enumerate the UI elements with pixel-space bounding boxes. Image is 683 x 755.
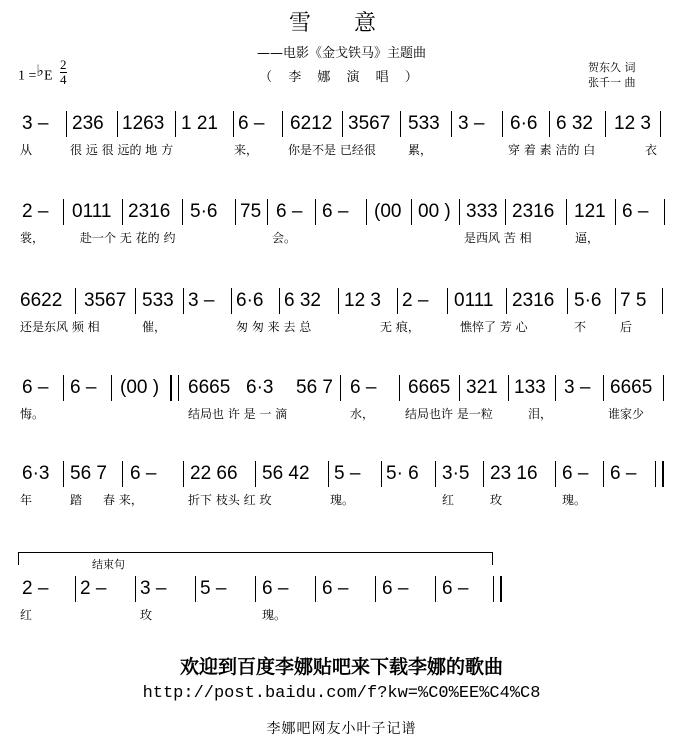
measure-notes: 6 32 <box>284 290 321 312</box>
measure-notes: 5 – <box>200 578 226 600</box>
measure-notes: 6665 <box>188 377 230 399</box>
credits: 贺东久 词 张千一 曲 <box>588 60 636 90</box>
barline <box>400 111 401 137</box>
lyric-text: 结局也 许 是 一 滴 <box>188 405 287 422</box>
lyric-text: 瑰。 <box>562 491 586 508</box>
measure-notes: 121 <box>574 201 606 223</box>
measure-notes: 6 – <box>610 463 636 485</box>
measure-notes: 6665 <box>408 377 450 399</box>
lyric-text: 穿 着 素 洁的 白 <box>508 141 595 158</box>
lyric-text: 还是东风 频 相 <box>20 318 100 335</box>
measure-notes: 6 – <box>382 578 408 600</box>
lyric-text: 赴一个 无 花的 约 <box>80 229 175 246</box>
lyric-text: 从 <box>20 141 32 158</box>
lyric-text: 玫 <box>490 491 502 508</box>
singer-line: （ 李 娜 演 唱 ） <box>0 66 683 85</box>
measure-notes: 12 3 <box>344 290 381 312</box>
barline <box>135 288 136 314</box>
barline <box>111 375 112 401</box>
barline <box>75 576 76 602</box>
key-signature: 1 =♭E 2 4 <box>18 62 67 91</box>
lyric-text: 结局也许 是一粒 <box>405 405 493 422</box>
barline <box>328 461 329 487</box>
measure-notes: 6212 <box>290 113 332 135</box>
barline <box>63 375 64 401</box>
barline <box>549 111 550 137</box>
measure-notes: 6·3 <box>22 463 49 485</box>
barline <box>375 576 376 602</box>
measure-notes: 6 – <box>22 377 48 399</box>
measure-notes: 2 – <box>402 290 428 312</box>
lyric-text: 红 <box>442 491 454 508</box>
barline <box>122 461 123 487</box>
measure-notes: 6 – <box>442 578 468 600</box>
lyric-text: 衣 <box>645 141 657 158</box>
barline <box>63 199 64 225</box>
barline <box>122 199 123 225</box>
barline <box>506 288 507 314</box>
measure-notes: 75 <box>240 201 261 223</box>
lyric-text: 来， <box>234 141 258 158</box>
barline <box>235 199 236 225</box>
barline <box>459 375 460 401</box>
measure-notes: 6 – <box>322 201 348 223</box>
barline <box>63 461 64 487</box>
measure-notes: 133 <box>514 377 546 399</box>
barline <box>483 461 484 487</box>
barline <box>459 199 460 225</box>
measure-notes: 56 7 <box>70 463 107 485</box>
footer-credit: 李娜吧网友小叶子记谱 <box>0 718 683 738</box>
measure-notes: 533 <box>142 290 174 312</box>
barline <box>135 576 136 602</box>
measure-notes: 533 <box>408 113 440 135</box>
measure-notes: (00 <box>374 201 401 223</box>
barline <box>660 111 661 137</box>
measure-notes: 6 – <box>350 377 376 399</box>
measure-notes: 00 ) <box>418 201 451 223</box>
lyric-text: 累， <box>408 141 432 158</box>
measure-notes: 6 – <box>562 463 588 485</box>
measure-notes: 5·6 <box>190 201 217 223</box>
lyric-text: 匆 匆 来 去 总 <box>236 318 311 335</box>
barline <box>435 461 436 487</box>
measure-notes: 3 – <box>188 290 214 312</box>
lyric-text: 瑰。 <box>262 606 286 623</box>
measure-notes: 6665 <box>610 377 652 399</box>
barline <box>279 288 280 314</box>
measure-notes: 6622 <box>20 290 62 312</box>
barline <box>615 288 616 314</box>
lyric-text: 水， <box>350 405 374 422</box>
barline <box>175 111 176 137</box>
barline <box>567 288 568 314</box>
barline <box>603 461 604 487</box>
lyric-text: 玫 <box>140 606 152 623</box>
barline <box>555 375 556 401</box>
barline <box>366 199 367 225</box>
measure-notes: 3·5 <box>442 463 469 485</box>
time-signature: 2 4 <box>60 58 67 87</box>
lyric-text: 红 <box>20 606 32 623</box>
barline <box>381 461 382 487</box>
measure-notes: 56 42 <box>262 463 310 485</box>
lyric-text: 逼， <box>575 229 599 246</box>
barline <box>662 288 663 314</box>
lyric-text: 是西风 苦 相 <box>464 229 532 246</box>
measure-notes: 6·6 <box>510 113 537 135</box>
measure-notes: 7 5 <box>620 290 646 312</box>
measure-notes: 3567 <box>84 290 126 312</box>
barline <box>231 288 232 314</box>
barline <box>399 375 400 401</box>
lyric-text: 会。 <box>272 229 296 246</box>
lyric-text: 裳， <box>20 229 44 246</box>
barline <box>340 375 341 401</box>
measure-notes: 2316 <box>128 201 170 223</box>
barline <box>435 576 436 602</box>
barline <box>664 199 665 225</box>
measure-notes: (00 ) <box>120 377 159 399</box>
measure-notes: 6 – <box>622 201 648 223</box>
measure-notes: 56 7 <box>296 377 333 399</box>
barline <box>451 111 452 137</box>
barline <box>508 375 509 401</box>
barline <box>397 288 398 314</box>
barline <box>117 111 118 137</box>
barline <box>605 111 606 137</box>
footer-banner: 欢迎到百度李娜贴吧来下载李娜的歌曲 <box>0 652 683 679</box>
lyric-text: 年 <box>20 491 32 508</box>
barline <box>338 288 339 314</box>
repeat-end-barline <box>655 461 664 487</box>
measure-notes: 0111 <box>72 201 111 223</box>
lyric-text: 无 痕， <box>380 318 420 335</box>
ending-bracket <box>18 552 493 565</box>
time-numerator: 2 <box>60 58 67 73</box>
flat-icon: ♭ <box>36 63 44 80</box>
lyric-text: 瑰。 <box>330 491 354 508</box>
composer: 张千一 曲 <box>588 75 636 90</box>
measure-notes: 23 16 <box>490 463 538 485</box>
lyric-text: 很 远 很 远的 地 方 <box>70 141 173 158</box>
measure-notes: 1 21 <box>181 113 218 135</box>
barline <box>195 576 196 602</box>
barline <box>505 199 506 225</box>
lyric-text: 春 来， <box>103 491 143 508</box>
final-barline <box>493 576 502 602</box>
measure-notes: 2 – <box>22 578 48 600</box>
lyric-text: 悔。 <box>20 405 44 422</box>
barline <box>183 461 184 487</box>
measure-notes: 2 – <box>22 201 48 223</box>
song-title: 雪 意 <box>0 6 683 37</box>
measure-notes: 6 – <box>262 578 288 600</box>
barline <box>411 199 412 225</box>
barline <box>233 111 234 137</box>
measure-notes: 1263 <box>122 113 164 135</box>
barline <box>182 199 183 225</box>
lyric-text: 泪， <box>528 405 552 422</box>
measure-notes: 12 3 <box>614 113 651 135</box>
ending-label: 结束句 <box>92 556 125 572</box>
measure-notes: 5·6 <box>574 290 601 312</box>
lyric-text: 谁家少 <box>608 405 644 422</box>
barline <box>315 199 316 225</box>
measure-notes: 6·3 <box>246 377 273 399</box>
key-prefix: 1 = <box>18 69 36 84</box>
measure-notes: 3 – <box>458 113 484 135</box>
lyric-text: 你是不是 已经很 <box>288 141 376 158</box>
measure-notes: 3 – <box>22 113 48 135</box>
measure-notes: 2316 <box>512 201 554 223</box>
lyric-text: 催， <box>142 318 166 335</box>
barline <box>603 375 604 401</box>
measure-notes: 0111 <box>454 290 493 312</box>
measure-notes: 6 – <box>70 377 96 399</box>
measure-notes: 3 – <box>140 578 166 600</box>
measure-notes: 236 <box>72 113 104 135</box>
barline <box>255 461 256 487</box>
measure-notes: 2 – <box>80 578 106 600</box>
measure-notes: 321 <box>466 377 498 399</box>
barline <box>615 199 616 225</box>
barline <box>555 461 556 487</box>
footer-url[interactable]: http://post.baidu.com/f?kw=%C0%EE%C4%C8 <box>0 684 683 703</box>
measure-notes: 333 <box>466 201 498 223</box>
measure-notes: 22 66 <box>190 463 238 485</box>
key-note: E <box>44 69 53 84</box>
measure-notes: 3567 <box>348 113 390 135</box>
measure-notes: 3 – <box>564 377 590 399</box>
measure-notes: 2316 <box>512 290 554 312</box>
barline <box>66 111 67 137</box>
measure-notes: 6 – <box>238 113 264 135</box>
lyric-text: 后 <box>620 318 632 335</box>
barline <box>502 111 503 137</box>
measure-notes: 6 32 <box>556 113 593 135</box>
measure-notes: 6 – <box>130 463 156 485</box>
lyric-text: 踏 <box>70 491 82 508</box>
lyric-text: 不 <box>574 318 586 335</box>
song-subtitle: ——电影《金戈铁马》主题曲 <box>0 42 683 61</box>
barline <box>75 288 76 314</box>
barline <box>663 375 664 401</box>
measure-notes: 6 – <box>322 578 348 600</box>
measure-notes: 6 – <box>276 201 302 223</box>
lyricist: 贺东久 词 <box>588 60 636 75</box>
measure-notes: 5 – <box>334 463 360 485</box>
barline <box>183 288 184 314</box>
barline <box>255 576 256 602</box>
lyric-text: 憔悴了 芳 心 <box>460 318 528 335</box>
time-denominator: 4 <box>60 73 67 87</box>
barline <box>315 576 316 602</box>
barline <box>282 111 283 137</box>
repeat-start-barline <box>170 375 179 401</box>
measure-notes: 5· 6 <box>386 463 419 485</box>
barline <box>342 111 343 137</box>
measure-notes: 6·6 <box>236 290 263 312</box>
barline <box>267 199 268 225</box>
barline <box>566 199 567 225</box>
barline <box>447 288 448 314</box>
lyric-text: 折下 枝头 红 玫 <box>188 491 271 508</box>
